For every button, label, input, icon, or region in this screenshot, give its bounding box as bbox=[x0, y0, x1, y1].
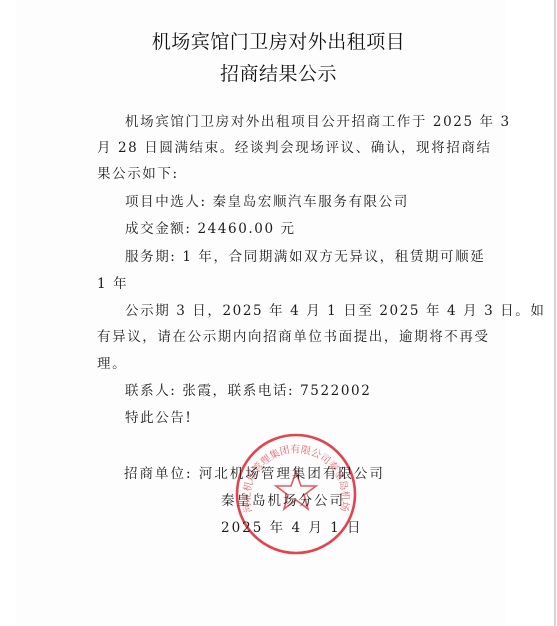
document-title: 机场宾馆门卫房对外出租项目 bbox=[0, 27, 557, 54]
term-line-2: 1 年 bbox=[97, 272, 128, 292]
period-line-1: 公示期 3 日，2025 年 4 月 1 日至 2025 年 4 月 3 日。如 bbox=[125, 299, 545, 319]
amount-line: 成交金额: 24460.00 元 bbox=[125, 217, 296, 237]
intro-line-1: 机场宾馆门卫房对外出租项目公开招商工作于 2025 年 3 bbox=[125, 110, 511, 130]
issue-date-line: 2025 年 4 月 1 日 bbox=[221, 516, 363, 536]
document-subtitle: 招商结果公示 bbox=[0, 59, 557, 86]
intro-line-3: 果公示如下: bbox=[97, 162, 179, 182]
term-line-1: 服务期: 1 年，合同期满如双方无异议，租赁期可顺延 bbox=[125, 245, 485, 265]
period-line-3: 理。 bbox=[97, 352, 127, 372]
intro-line-2: 月 28 日圆满结束。经谈判会现场评议、确认，现将招商结 bbox=[97, 136, 492, 156]
closing-line: 特此公告! bbox=[125, 406, 192, 426]
page-edge-divider bbox=[554, 0, 556, 626]
winner-line: 项目中选人: 秦皇岛宏顺汽车服务有限公司 bbox=[125, 190, 409, 210]
issuer-branch-line: 秦皇岛机场分公司 bbox=[221, 489, 345, 509]
contact-line: 联系人: 张霞，联系电话: 7522002 bbox=[125, 379, 371, 399]
issuer-unit-line: 招商单位: 河北机场管理集团有限公司 bbox=[124, 462, 385, 482]
period-line-2: 有异议，请在公示期内向招商单位书面提出，逾期将不再受 bbox=[97, 325, 490, 345]
